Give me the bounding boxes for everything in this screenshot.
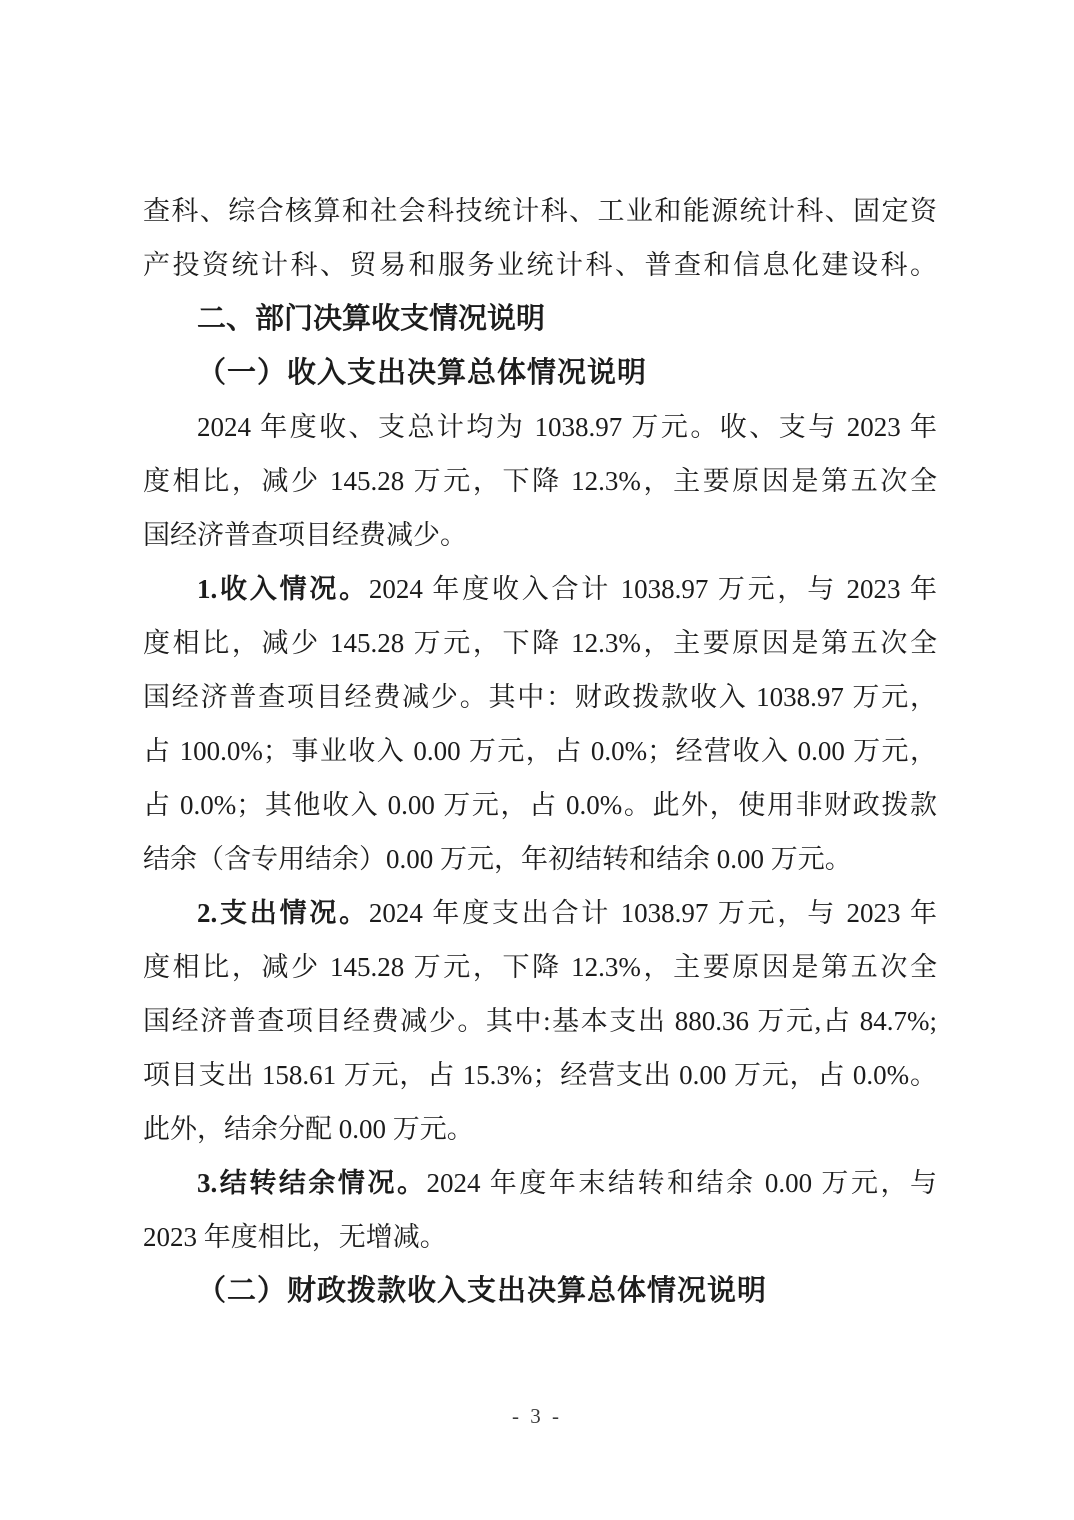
subsection-2-heading: （二）财政拨款收入支出决算总体情况说明	[143, 1264, 937, 1318]
expenditure-paragraph-line-3: 国经济普查项目经费减少。其中:基本支出 880.36 万元,占 84.7%;	[143, 994, 937, 1048]
income-paragraph-line-1-text: 2024 年度收入合计 1038.97 万元，与 2023 年	[369, 574, 937, 604]
income-paragraph-line-1: 1.收入情况。2024 年度收入合计 1038.97 万元，与 2023 年	[143, 562, 937, 616]
income-paragraph-line-5: 占 0.0%；其他收入 0.00 万元，占 0.0%。此外，使用非财政拨款	[143, 778, 937, 832]
document-body: 查科、综合核算和社会科技统计科、工业和能源统计科、固定资 产投资统计科、贸易和服…	[143, 184, 937, 1318]
page-number: - 3 -	[0, 1400, 1074, 1432]
carryover-paragraph-line-1: 3.结转结余情况。2024 年度年末结转和结余 0.00 万元，与	[143, 1156, 937, 1210]
continuation-paragraph-line-1: 查科、综合核算和社会科技统计科、工业和能源统计科、固定资	[143, 184, 937, 238]
expenditure-paragraph-lead: 2.支出情况。	[197, 898, 369, 928]
overview-paragraph-line-2: 度相比，减少 145.28 万元，下降 12.3%，主要原因是第五次全	[143, 454, 937, 508]
income-paragraph-line-2: 度相比，减少 145.28 万元，下降 12.3%，主要原因是第五次全	[143, 616, 937, 670]
expenditure-paragraph-line-1-text: 2024 年度支出合计 1038.97 万元，与 2023 年	[369, 898, 937, 928]
section-heading: 二、部门决算收支情况说明	[143, 292, 937, 346]
carryover-paragraph-line-1-text: 2024 年度年末结转和结余 0.00 万元，与	[427, 1168, 938, 1198]
income-paragraph-lead: 1.收入情况。	[197, 574, 369, 604]
overview-paragraph-line-3: 国经济普查项目经费减少。	[143, 508, 937, 562]
continuation-paragraph-line-2: 产投资统计科、贸易和服务业统计科、普查和信息化建设科。	[143, 238, 937, 292]
expenditure-paragraph-line-2: 度相比，减少 145.28 万元，下降 12.3%，主要原因是第五次全	[143, 940, 937, 994]
income-paragraph-line-3: 国经济普查项目经费减少。其中：财政拨款收入 1038.97 万元，	[143, 670, 937, 724]
income-paragraph-line-4: 占 100.0%；事业收入 0.00 万元，占 0.0%；经营收入 0.00 万…	[143, 724, 937, 778]
expenditure-paragraph-line-1: 2.支出情况。2024 年度支出合计 1038.97 万元，与 2023 年	[143, 886, 937, 940]
income-paragraph-line-6: 结余（含专用结余）0.00 万元，年初结转和结余 0.00 万元。	[143, 832, 937, 886]
carryover-paragraph-line-2: 2023 年度相比，无增减。	[143, 1210, 937, 1264]
expenditure-paragraph-line-4: 项目支出 158.61 万元，占 15.3%；经营支出 0.00 万元，占 0.…	[143, 1048, 937, 1102]
overview-paragraph-line-1: 2024 年度收、支总计均为 1038.97 万元。收、支与 2023 年	[143, 400, 937, 454]
subsection-1-heading: （一）收入支出决算总体情况说明	[143, 346, 937, 400]
document-page: 查科、综合核算和社会科技统计科、工业和能源统计科、固定资 产投资统计科、贸易和服…	[0, 0, 1074, 1520]
carryover-paragraph-lead: 3.结转结余情况。	[197, 1168, 427, 1198]
expenditure-paragraph-line-5: 此外，结余分配 0.00 万元。	[143, 1102, 937, 1156]
